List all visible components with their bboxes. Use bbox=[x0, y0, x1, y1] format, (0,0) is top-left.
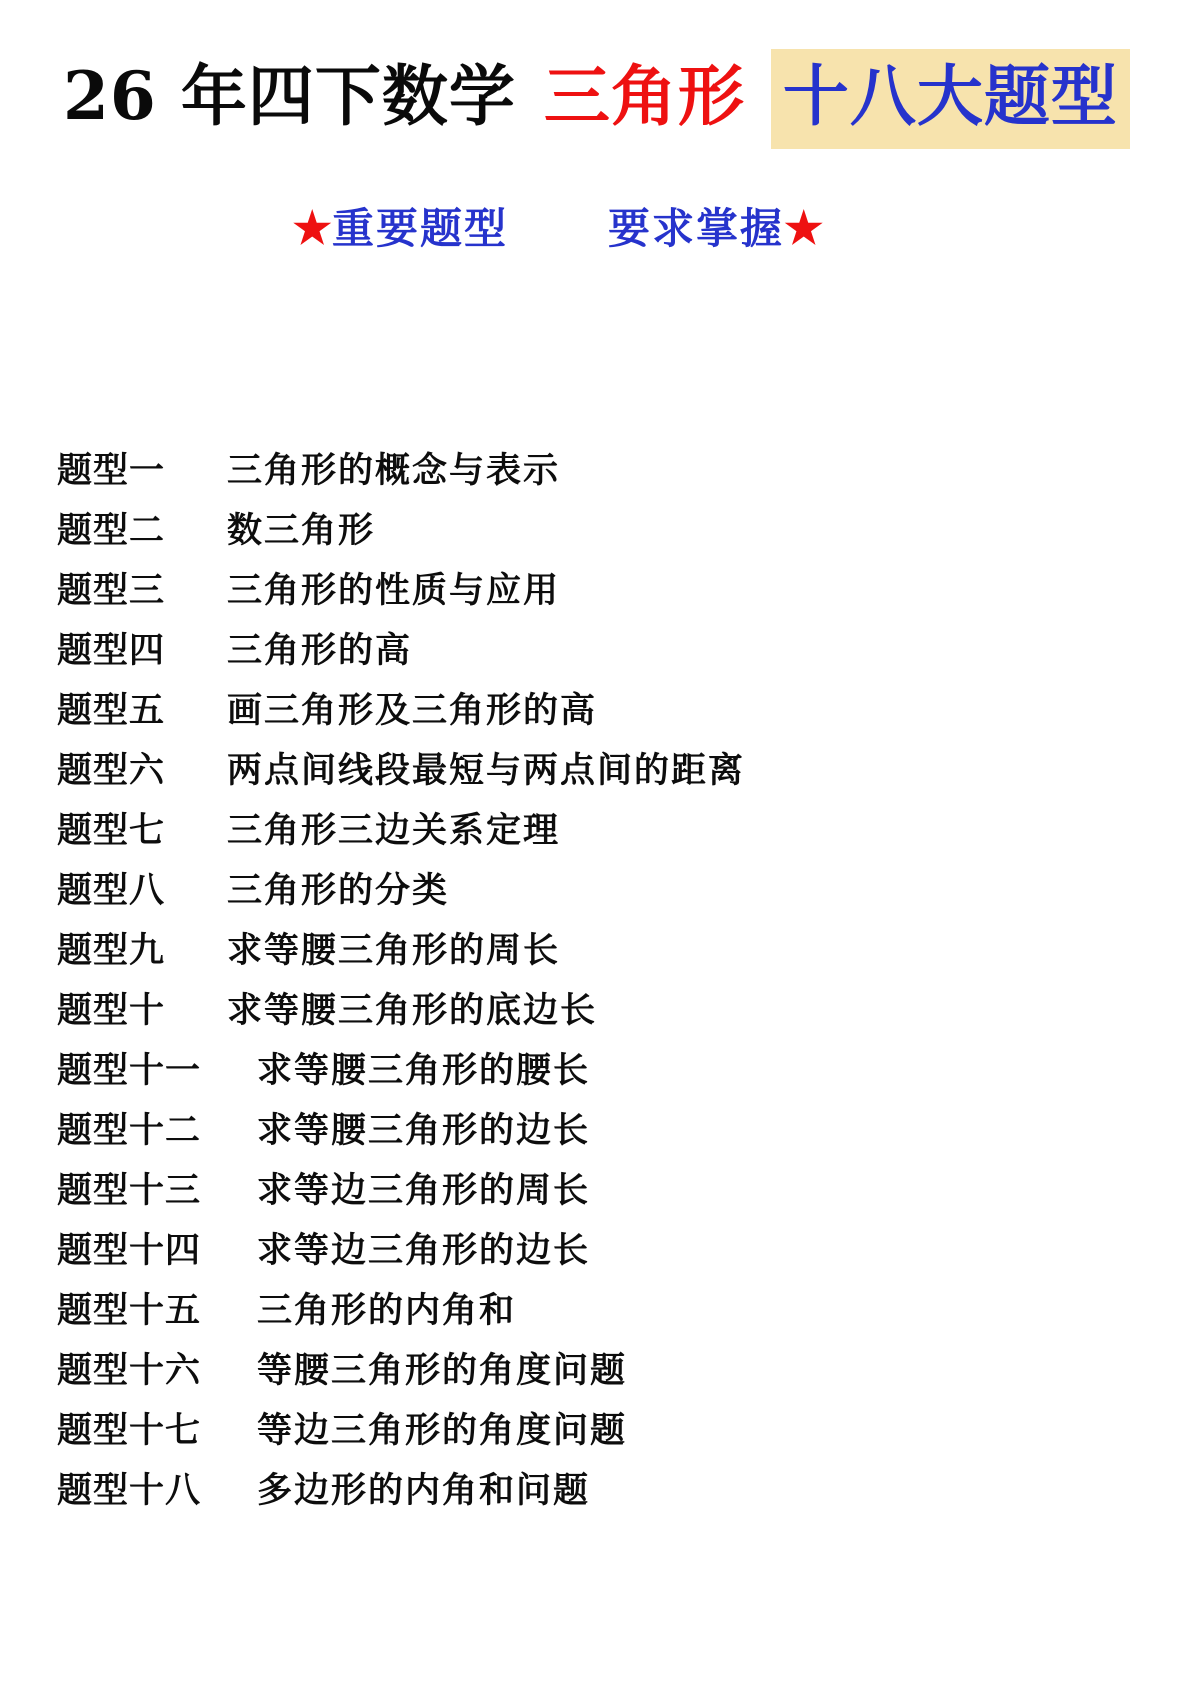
title-highlight: 十八大题型 bbox=[771, 49, 1130, 149]
list-item: 题型二 数三角形 bbox=[57, 503, 1150, 563]
item-title: 两点间线段最短与两点间的距离 bbox=[227, 743, 745, 793]
item-number: 题型五 bbox=[57, 683, 227, 733]
item-title: 求等边三角形的周长 bbox=[257, 1163, 590, 1213]
item-number: 题型十三 bbox=[57, 1163, 257, 1213]
title-topic: 三角形 bbox=[544, 57, 745, 135]
list-item: 题型六 两点间线段最短与两点间的距离 bbox=[57, 743, 1150, 803]
item-title: 求等腰三角形的周长 bbox=[227, 923, 560, 973]
list-item: 题型十三 求等边三角形的周长 bbox=[57, 1163, 1150, 1223]
star-icon: ★ bbox=[293, 203, 332, 255]
item-title: 三角形的高 bbox=[227, 623, 412, 673]
item-title: 求等腰三角形的底边长 bbox=[227, 983, 597, 1033]
list-item: 题型十 求等腰三角形的底边长 bbox=[57, 983, 1150, 1043]
list-item: 题型三 三角形的性质与应用 bbox=[57, 563, 1150, 623]
item-number: 题型八 bbox=[57, 863, 227, 913]
list-item: 题型八 三角形的分类 bbox=[57, 863, 1150, 923]
document-page: 26 年四下数学三角形十八大题型 ★重要题型要求掌握★ 题型一 三角形的概念与表… bbox=[0, 0, 1190, 1683]
list-item: 题型九 求等腰三角形的周长 bbox=[57, 923, 1150, 983]
item-number: 题型十五 bbox=[57, 1283, 257, 1333]
item-number: 题型七 bbox=[57, 803, 227, 853]
list-item: 题型十一 求等腰三角形的腰长 bbox=[57, 1043, 1150, 1103]
list-item: 题型十七 等边三角形的角度问题 bbox=[57, 1403, 1150, 1463]
title-course: 26 年四下数学 bbox=[63, 57, 516, 135]
item-title: 求等腰三角形的边长 bbox=[257, 1103, 590, 1153]
item-title: 等边三角形的角度问题 bbox=[257, 1403, 627, 1453]
item-number: 题型十六 bbox=[57, 1343, 257, 1393]
item-number: 题型九 bbox=[57, 923, 227, 973]
item-number: 题型四 bbox=[57, 623, 227, 673]
star-icon: ★ bbox=[784, 203, 823, 255]
item-number: 题型一 bbox=[57, 443, 227, 493]
page-title: 26 年四下数学三角形十八大题型 bbox=[63, 44, 1130, 148]
list-item: 题型十八 多边形的内角和问题 bbox=[57, 1463, 1150, 1523]
list-item: 题型七 三角形三边关系定理 bbox=[57, 803, 1150, 863]
list-item: 题型十六 等腰三角形的角度问题 bbox=[57, 1343, 1150, 1403]
item-number: 题型十四 bbox=[57, 1223, 257, 1273]
list-item: 题型四 三角形的高 bbox=[57, 623, 1150, 683]
item-number: 题型三 bbox=[57, 563, 227, 613]
item-title: 数三角形 bbox=[227, 503, 375, 553]
item-number: 题型十 bbox=[57, 983, 227, 1033]
item-number: 题型十一 bbox=[57, 1043, 257, 1093]
item-title: 画三角形及三角形的高 bbox=[227, 683, 597, 733]
item-title: 三角形三边关系定理 bbox=[227, 803, 560, 853]
list-item: 题型五 画三角形及三角形的高 bbox=[57, 683, 1150, 743]
item-title: 求等腰三角形的腰长 bbox=[257, 1043, 590, 1093]
list-item: 题型十五 三角形的内角和 bbox=[57, 1283, 1150, 1343]
subtitle-banner: ★重要题型要求掌握★ bbox=[0, 203, 1153, 255]
subtitle-left-text: 重要题型 bbox=[332, 203, 508, 255]
item-title: 等腰三角形的角度问题 bbox=[257, 1343, 627, 1393]
item-number: 题型十八 bbox=[57, 1463, 257, 1513]
item-number: 题型六 bbox=[57, 743, 227, 793]
problem-type-list: 题型一 三角形的概念与表示 题型二 数三角形 题型三 三角形的性质与应用 题型四… bbox=[57, 443, 1150, 1523]
item-title: 三角形的内角和 bbox=[257, 1283, 516, 1333]
list-item: 题型一 三角形的概念与表示 bbox=[57, 443, 1150, 503]
item-number: 题型二 bbox=[57, 503, 227, 553]
item-title: 求等边三角形的边长 bbox=[257, 1223, 590, 1273]
item-title: 三角形的概念与表示 bbox=[227, 443, 560, 493]
item-number: 题型十二 bbox=[57, 1103, 257, 1153]
item-number: 题型十七 bbox=[57, 1403, 257, 1453]
list-item: 题型十四 求等边三角形的边长 bbox=[57, 1223, 1150, 1283]
item-title: 三角形的性质与应用 bbox=[227, 563, 560, 613]
list-item: 题型十二 求等腰三角形的边长 bbox=[57, 1103, 1150, 1163]
subtitle-right-text: 要求掌握 bbox=[608, 203, 784, 255]
item-title: 多边形的内角和问题 bbox=[257, 1463, 590, 1513]
item-title: 三角形的分类 bbox=[227, 863, 449, 913]
